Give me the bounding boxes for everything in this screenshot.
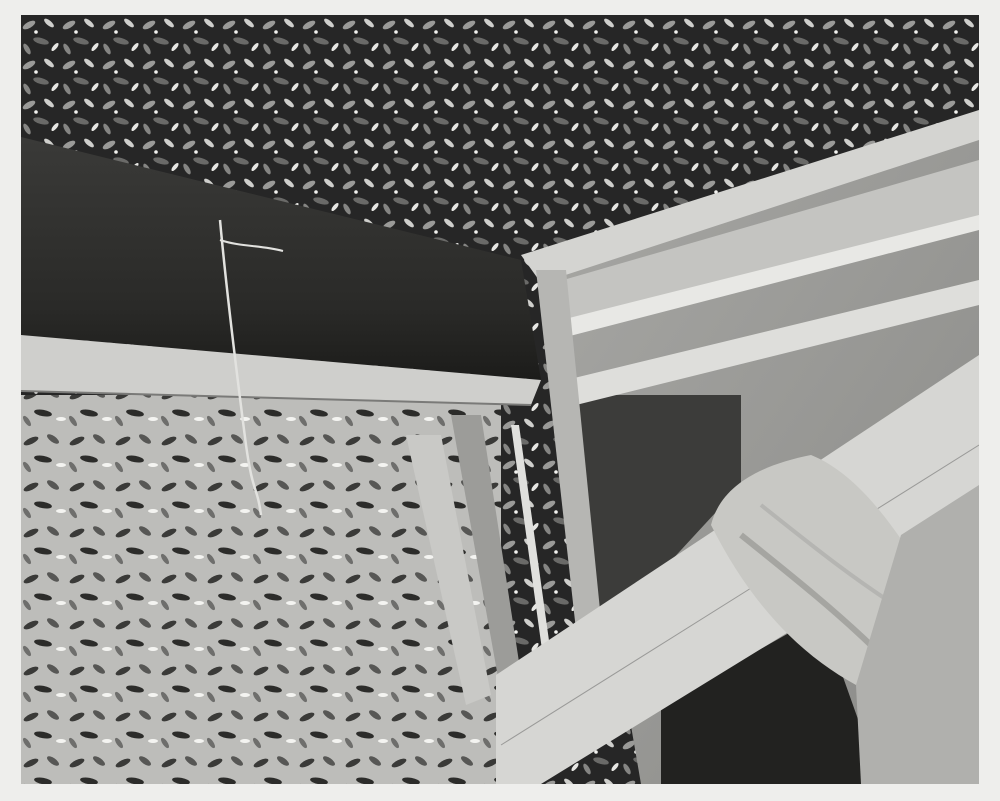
photo-scene bbox=[21, 15, 979, 784]
photograph bbox=[21, 15, 979, 784]
